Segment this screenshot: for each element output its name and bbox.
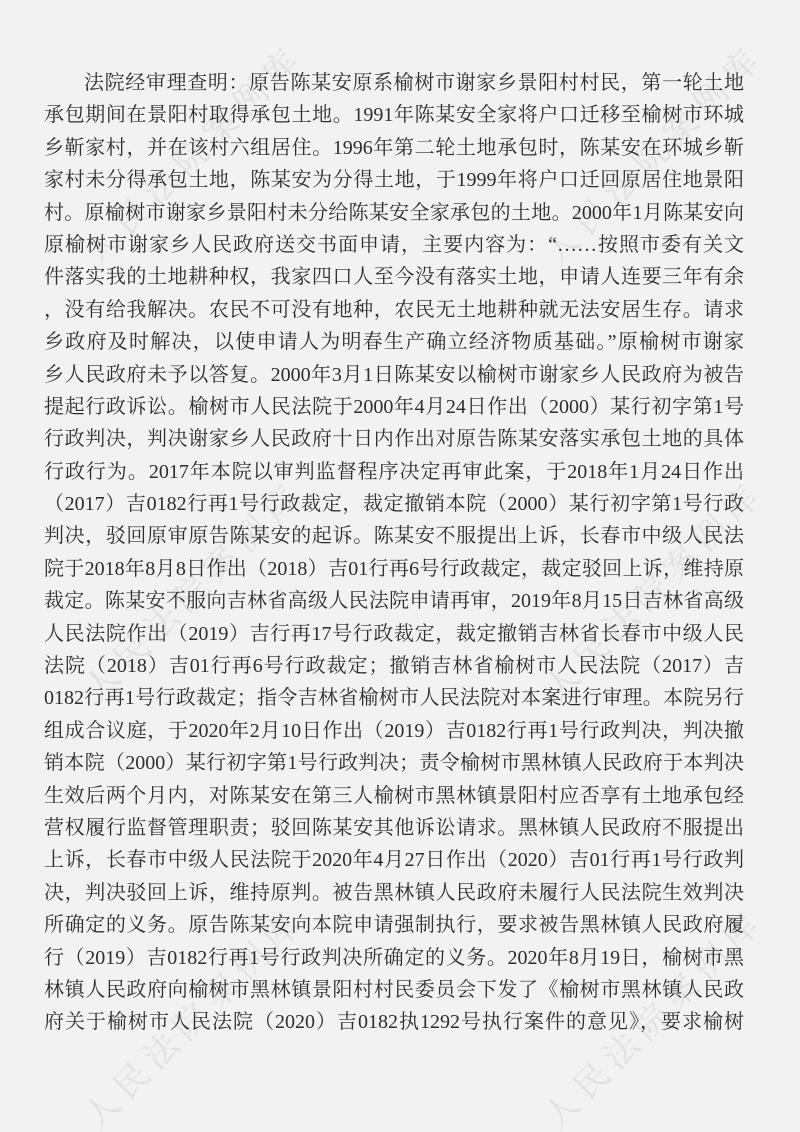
text-line: 组成合议庭，于2020年2月10日作出（2019）吉0182行再1号行政判决，判… (44, 715, 744, 747)
text-line: 提起行政诉讼。榆树市人民法院于2000年4月24日作出（2000）某行初字第1号 (44, 391, 744, 423)
text-line: 承包期间在景阳村取得承包土地。1991年陈某安全家将户口迁移至榆树市环城 (44, 99, 744, 131)
text-line: 0182行再1号行政裁定；指令吉林省榆树市人民法院对本案进行审理。本院另行 (44, 682, 744, 714)
text-line: 判决，驳回原审原告陈某安的起诉。陈某安不服提出上诉，长春市中级人民法 (44, 520, 744, 552)
text-line: 人民法院作出（2019）吉行再17号行政裁定，裁定撤销吉林省长春市中级人民 (44, 618, 744, 650)
text-line: 乡政府及时解决，以使申请人为明春生产确立经济物质基础。”原榆树市谢家 (44, 326, 744, 358)
text-line: 营权履行监督管理职责；驳回陈某安其他诉讼请求。黑林镇人民政府不服提出 (44, 812, 744, 844)
text-line: 生效后两个月内，对陈某安在第三人榆树市黑林镇景阳村应否享有土地承包经 (44, 780, 744, 812)
text-line: 所确定的义务。原告陈某安向本院申请强制执行，要求被告黑林镇人民政府履 (44, 909, 744, 941)
text-line: 乡人民政府未予以答复。2000年3月1日陈某安以榆树市谢家乡人民政府为被告 (44, 359, 744, 391)
text-line: 行政判决，判决谢家乡人民政府十日内作出对原告陈某安落实承包土地的具体 (44, 423, 744, 455)
text-line: ，没有给我解决。农民不可没有地种，农民无土地耕种就无法安居生存。请求 (44, 294, 744, 326)
text-line: 法院经审理查明：原告陈某安原系榆树市谢家乡景阳村村民，第一轮土地 (44, 67, 744, 99)
text-line: 裁定。陈某安不服向吉林省高级人民法院申请再审，2019年8月15日吉林省高级 (44, 585, 744, 617)
text-line: 林镇人民政府向榆树市黑林镇景阳村村民委员会下发了《榆树市黑林镇人民政 (44, 974, 744, 1006)
text-line: 决，判决驳回上诉，维持原判。被告黑林镇人民政府未履行人民法院生效判决 (44, 877, 744, 909)
document-page: 人民法院案例库 人民法院案例库 人民法院案例库 人民法院案例库 人民法院案例库 … (0, 0, 800, 1132)
text-line: 法院（2018）吉01行再6号行政裁定；撤销吉林省榆树市人民法院（2017）吉 (44, 650, 744, 682)
text-line: 乡靳家村，并在该村六组居住。1996年第二轮土地承包时，陈某安在环城乡靳 (44, 132, 744, 164)
text-line: 件落实我的土地耕种权，我家四口人至今没有落实土地，申请人连要三年有余 (44, 261, 744, 293)
text-line: 销本院（2000）某行初字第1号行政判决；责令榆树市黑林镇人民政府于本判决 (44, 747, 744, 779)
judgment-paragraph: 法院经审理查明：原告陈某安原系榆树市谢家乡景阳村村民，第一轮土地承包期间在景阳村… (44, 67, 744, 1039)
text-line: 家村未分得承包土地，陈某安为分得土地，于1999年将户口迁回原居住地景阳 (44, 164, 744, 196)
text-line: （2017）吉0182行再1号行政裁定，裁定撤销本院（2000）某行初字第1号行… (44, 488, 744, 520)
text-line: 行（2019）吉0182行再1号行政判决所确定的义务。2020年8月19日，榆树… (44, 942, 744, 974)
text-line: 村。原榆树市谢家乡景阳村未分给陈某安全家承包的土地。2000年1月陈某安向 (44, 197, 744, 229)
text-line: 上诉，长春市中级人民法院于2020年4月27日作出（2020）吉01行再1号行政… (44, 844, 744, 876)
text-line: 原榆树市谢家乡人民政府送交书面申请，主要内容为：“……按照市委有关文 (44, 229, 744, 261)
text-line: 院于2018年8月8日作出（2018）吉01行再6号行政裁定，裁定驳回上诉，维持… (44, 553, 744, 585)
text-line: 行政行为。2017年本院以审判监督程序决定再审此案，于2018年1月24日作出 (44, 456, 744, 488)
text-line: 府关于榆树市人民法院（2020）吉0182执1292号执行案件的意见》，要求榆树 (44, 1006, 744, 1038)
